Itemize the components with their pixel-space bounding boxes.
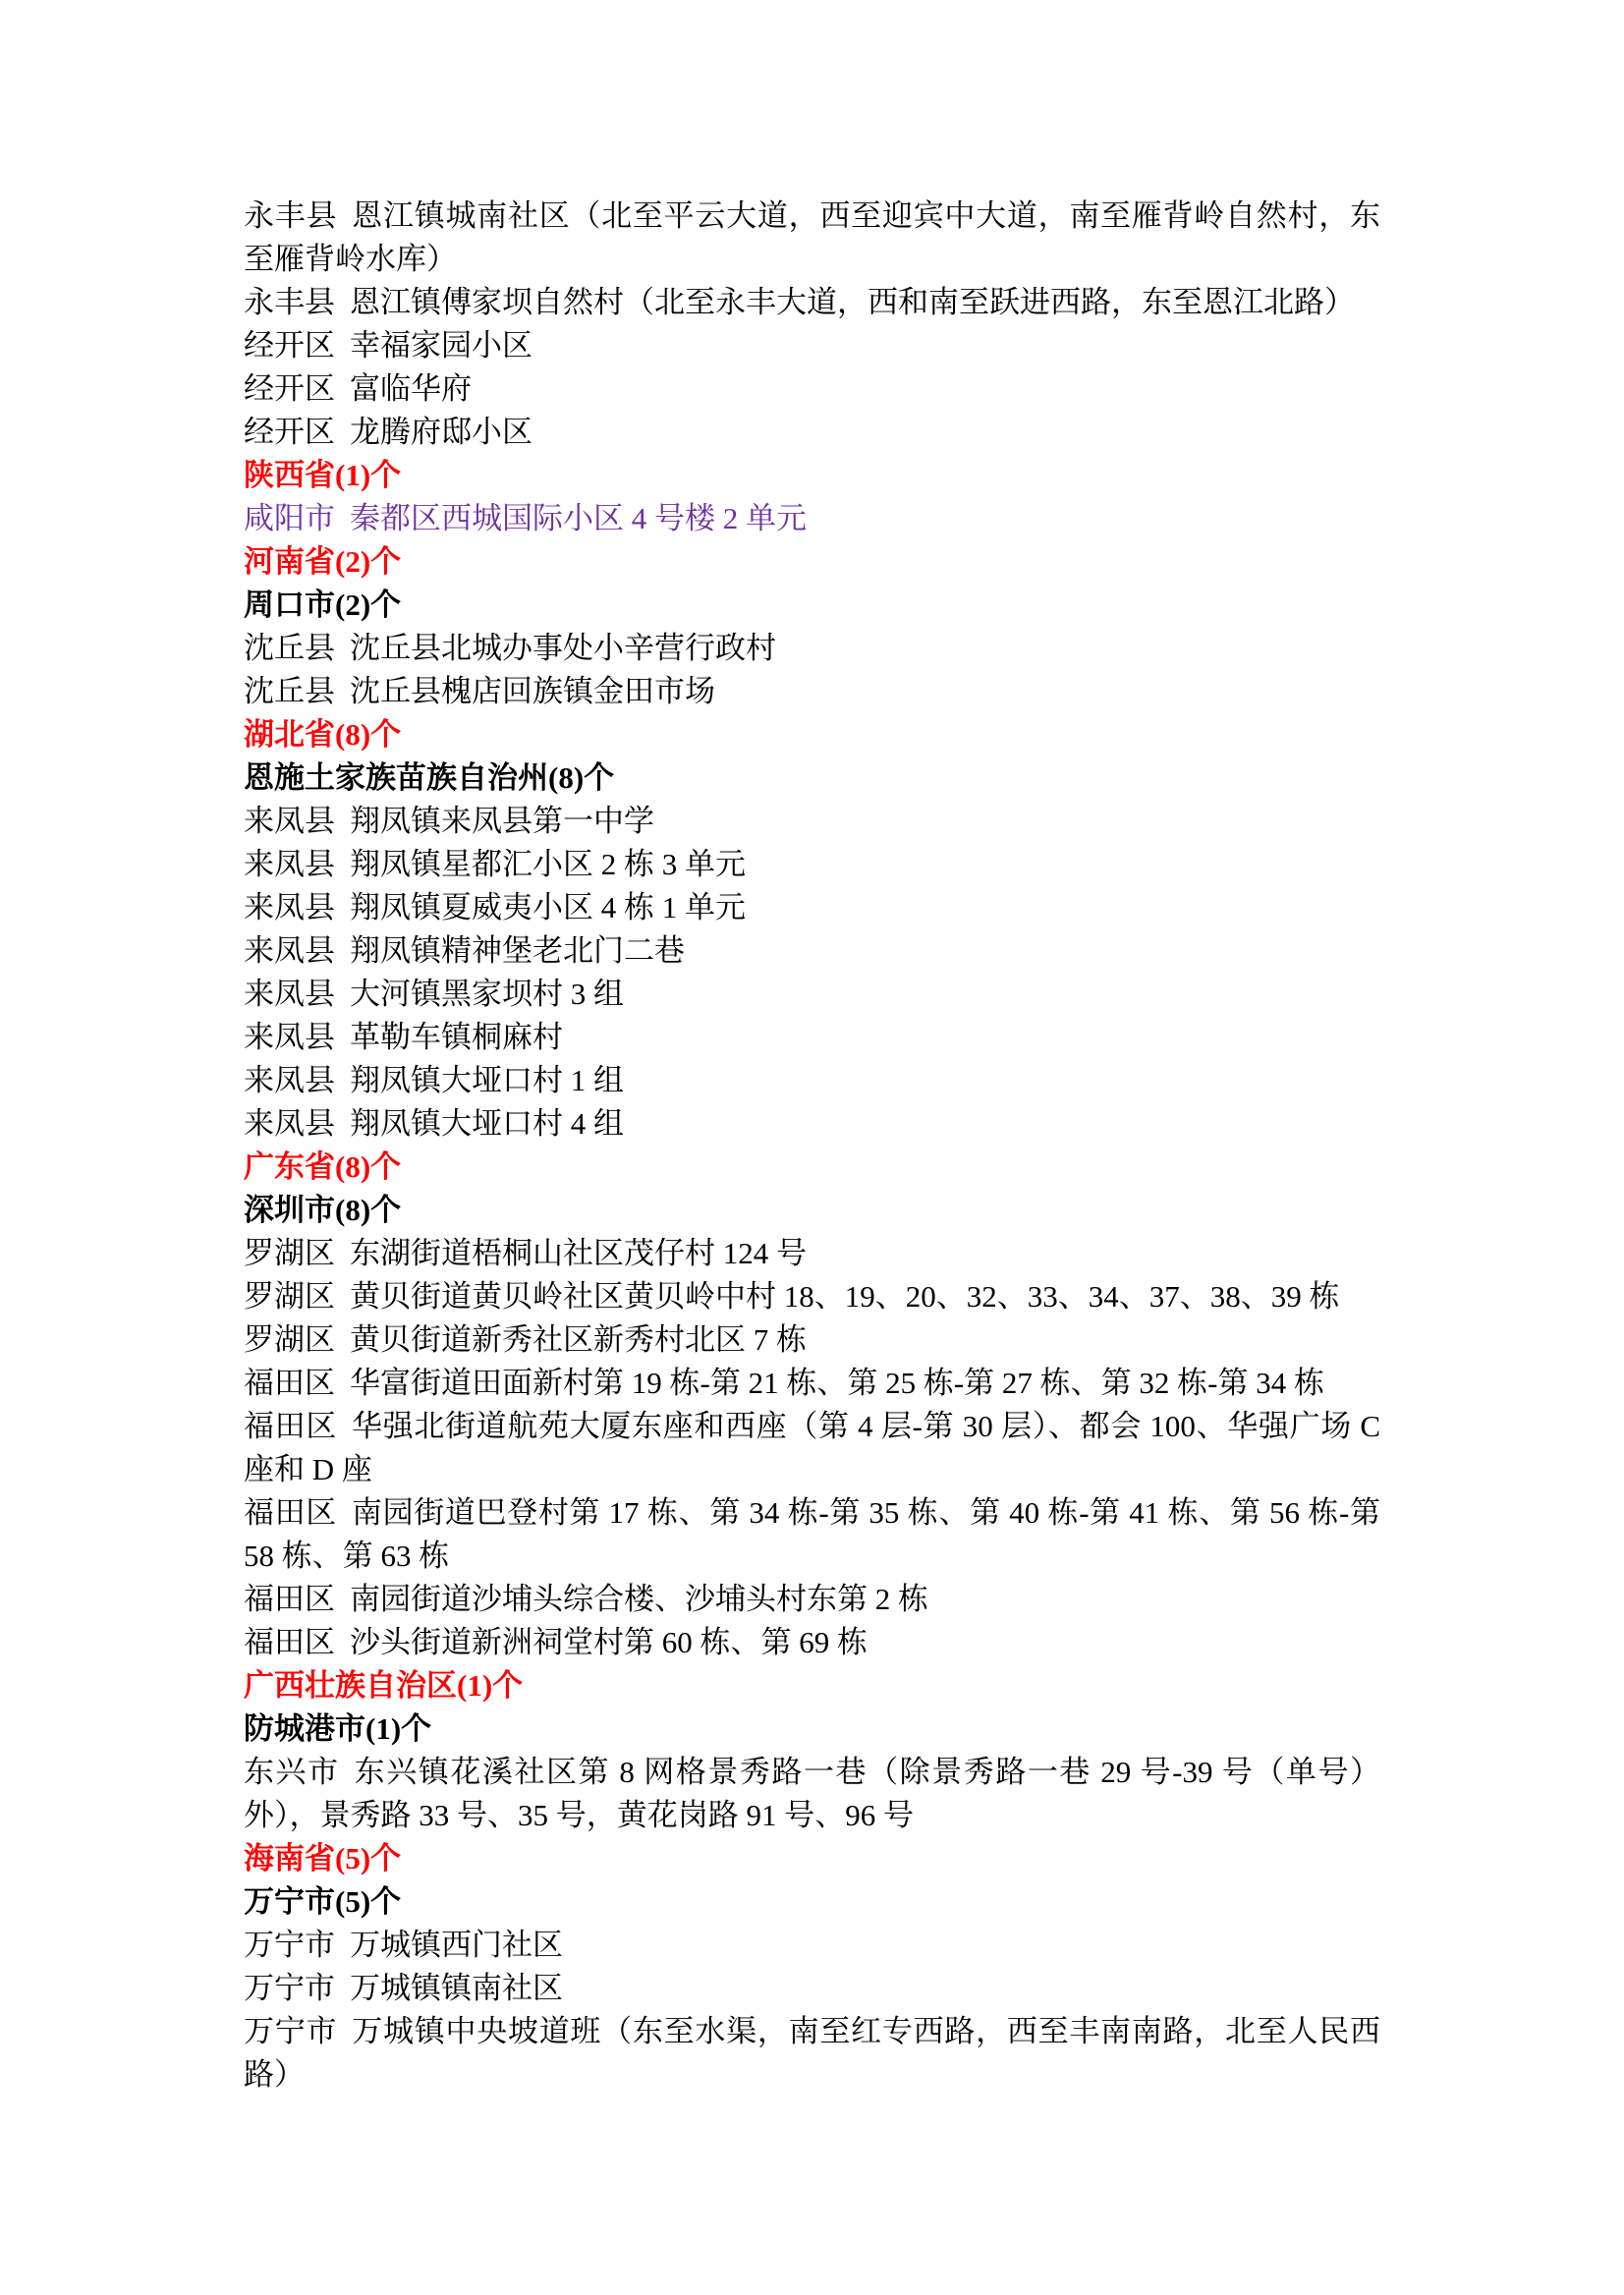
risk-area-row: 福田区南园街道沙埔头综合楼、沙埔头村东第 2 栋 (244, 1578, 1380, 1621)
entry-address: 翔凤镇夏威夷小区 4 栋 1 单元 (350, 890, 746, 924)
city-header: 深圳市(8)个 (244, 1189, 1380, 1232)
province-header: 湖北省(8)个 (244, 713, 1380, 756)
entry-address: 万城镇中央坡道班（东至水渠，南至红专西路，西至丰南南路，北至人民西路） (244, 2014, 1380, 2092)
risk-area-row: 经开区富临华府 (244, 367, 1380, 411)
entry-address: 恩江镇城南社区（北至平云大道，西至迎宾中大道，南至雁背岭自然村，东至雁背岭水库） (244, 198, 1380, 276)
entry-address: 华富街道田面新村第 19 栋-第 21 栋、第 25 栋-第 27 栋、第 32… (350, 1366, 1324, 1400)
risk-area-row: 沈丘县沈丘县槐店回族镇金田市场 (244, 670, 1380, 713)
entry-county: 来凤县 (244, 890, 335, 924)
entry-county: 来凤县 (244, 977, 335, 1011)
entry-address: 沙头街道新洲祠堂村第 60 栋、第 69 栋 (350, 1625, 868, 1659)
city-header: 防城港市(1)个 (244, 1707, 1380, 1751)
entry-address: 万城镇西门社区 (350, 1928, 563, 1962)
entry-county: 罗湖区 (244, 1279, 335, 1314)
entry-address: 东兴镇花溪社区第 8 网格景秀路一巷（除景秀路一巷 29 号-39 号（单号）外… (244, 1755, 1380, 1832)
province-header: 广西壮族自治区(1)个 (244, 1664, 1380, 1707)
risk-area-row: 罗湖区东湖街道梧桐山社区茂仔村 124 号 (244, 1232, 1380, 1275)
entry-county: 经开区 (244, 371, 335, 406)
entry-county: 经开区 (244, 328, 335, 363)
entry-county: 福田区 (244, 1409, 337, 1443)
city-header: 万宁市(5)个 (244, 1880, 1380, 1924)
entry-address: 沈丘县北城办事处小辛营行政村 (350, 631, 776, 665)
entry-address: 南园街道巴登村第 17 栋、第 34 栋-第 35 栋、第 40 栋-第 41 … (244, 1495, 1380, 1573)
entry-address: 翔凤镇精神堡老北门二巷 (350, 933, 685, 968)
entry-address: 翔凤镇星都汇小区 2 栋 3 单元 (350, 847, 746, 881)
entry-address: 幸福家园小区 (350, 328, 532, 363)
risk-area-row: 万宁市万城镇镇南社区 (244, 1967, 1380, 2010)
entry-county: 沈丘县 (244, 631, 335, 665)
document-page: 永丰县恩江镇城南社区（北至平云大道，西至迎宾中大道，南至雁背岭自然村，东至雁背岭… (0, 0, 1624, 2097)
risk-area-row: 来凤县翔凤镇来凤县第一中学 (244, 800, 1380, 843)
entry-address: 南园街道沙埔头综合楼、沙埔头村东第 2 栋 (350, 1582, 928, 1616)
entry-county: 永丰县 (244, 198, 337, 233)
entry-address: 翔凤镇大垭口村 1 组 (350, 1063, 624, 1097)
risk-area-row: 永丰县恩江镇城南社区（北至平云大道，西至迎宾中大道，南至雁背岭自然村，东至雁背岭… (244, 195, 1380, 281)
risk-area-row: 来凤县翔凤镇精神堡老北门二巷 (244, 929, 1380, 973)
entry-county: 经开区 (244, 415, 335, 449)
entry-address: 万城镇镇南社区 (350, 1971, 563, 2005)
risk-area-row: 万宁市万城镇中央坡道班（东至水渠，南至红专西路，西至丰南南路，北至人民西路） (244, 2010, 1380, 2097)
entry-county: 来凤县 (244, 804, 335, 838)
entry-county: 福田区 (244, 1366, 335, 1400)
province-header: 广东省(8)个 (244, 1146, 1380, 1189)
entry-address: 龙腾府邸小区 (350, 415, 532, 449)
risk-area-row: 来凤县翔凤镇大垭口村 4 组 (244, 1102, 1380, 1146)
entry-county: 来凤县 (244, 1020, 335, 1054)
entry-address: 秦都区西城国际小区 4 号楼 2 单元 (350, 501, 807, 535)
risk-area-row: 来凤县革勒车镇桐麻村 (244, 1016, 1380, 1059)
risk-area-row: 罗湖区黄贝街道黄贝岭社区黄贝岭中村 18、19、20、32、33、34、37、3… (244, 1275, 1380, 1318)
risk-area-row: 福田区沙头街道新洲祠堂村第 60 栋、第 69 栋 (244, 1621, 1380, 1664)
risk-area-row: 经开区幸福家园小区 (244, 324, 1380, 367)
entry-address: 大河镇黑家坝村 3 组 (350, 977, 624, 1011)
entry-county: 咸阳市 (244, 501, 335, 535)
risk-area-row: 永丰县恩江镇傅家坝自然村（北至永丰大道，西和南至跃进西路，东至恩江北路） (244, 281, 1380, 324)
entry-county: 东兴市 (244, 1755, 340, 1789)
entry-address: 富临华府 (350, 371, 472, 406)
entry-address: 翔凤镇来凤县第一中学 (350, 804, 654, 838)
province-header: 河南省(2)个 (244, 540, 1380, 584)
entry-address: 黄贝街道黄贝岭社区黄贝岭中村 18、19、20、32、33、34、37、38、3… (350, 1279, 1340, 1314)
risk-area-row: 经开区龙腾府邸小区 (244, 411, 1380, 454)
entry-address: 东湖街道梧桐山社区茂仔村 124 号 (350, 1236, 807, 1270)
entry-address: 翔凤镇大垭口村 4 组 (350, 1106, 624, 1141)
risk-area-row: 福田区华强北街道航苑大厦东座和西座（第 4 层-第 30 层）、都会 100、华… (244, 1405, 1380, 1491)
entry-county: 福田区 (244, 1495, 337, 1530)
risk-area-row: 来凤县翔凤镇大垭口村 1 组 (244, 1059, 1380, 1102)
city-header: 恩施土家族苗族自治州(8)个 (244, 756, 1380, 800)
city-header: 周口市(2)个 (244, 584, 1380, 627)
risk-area-row: 来凤县翔凤镇夏威夷小区 4 栋 1 单元 (244, 886, 1380, 929)
entry-address: 恩江镇傅家坝自然村（北至永丰大道，西和南至跃进西路，东至恩江北路） (350, 285, 1355, 319)
entry-county: 福田区 (244, 1625, 335, 1659)
entry-county: 来凤县 (244, 847, 335, 881)
entry-address: 华强北街道航苑大厦东座和西座（第 4 层-第 30 层）、都会 100、华强广场… (244, 1409, 1380, 1486)
entry-county: 来凤县 (244, 933, 335, 968)
entry-county: 来凤县 (244, 1063, 335, 1097)
entry-county: 罗湖区 (244, 1322, 335, 1357)
risk-area-row: 沈丘县沈丘县北城办事处小辛营行政村 (244, 627, 1380, 670)
entry-county: 沈丘县 (244, 674, 335, 708)
document-body: 永丰县恩江镇城南社区（北至平云大道，西至迎宾中大道，南至雁背岭自然村，东至雁背岭… (244, 195, 1380, 2097)
province-header: 陕西省(1)个 (244, 454, 1380, 497)
risk-area-row: 咸阳市秦都区西城国际小区 4 号楼 2 单元 (244, 497, 1380, 540)
risk-area-row: 万宁市万城镇西门社区 (244, 1924, 1380, 1967)
entry-address: 革勒车镇桐麻村 (350, 1020, 563, 1054)
province-header: 海南省(5)个 (244, 1837, 1380, 1880)
entry-county: 来凤县 (244, 1106, 335, 1141)
entry-county: 永丰县 (244, 285, 335, 319)
entry-county: 万宁市 (244, 1971, 335, 2005)
risk-area-row: 罗湖区黄贝街道新秀社区新秀村北区 7 栋 (244, 1318, 1380, 1362)
entry-county: 罗湖区 (244, 1236, 335, 1270)
risk-area-row: 来凤县大河镇黑家坝村 3 组 (244, 973, 1380, 1016)
entry-county: 万宁市 (244, 2014, 337, 2048)
risk-area-row: 东兴市东兴镇花溪社区第 8 网格景秀路一巷（除景秀路一巷 29 号-39 号（单… (244, 1751, 1380, 1837)
entry-address: 黄贝街道新秀社区新秀村北区 7 栋 (350, 1322, 807, 1357)
risk-area-row: 福田区南园街道巴登村第 17 栋、第 34 栋-第 35 栋、第 40 栋-第 … (244, 1491, 1380, 1578)
risk-area-row: 来凤县翔凤镇星都汇小区 2 栋 3 单元 (244, 843, 1380, 886)
entry-address: 沈丘县槐店回族镇金田市场 (350, 674, 715, 708)
risk-area-row: 福田区华富街道田面新村第 19 栋-第 21 栋、第 25 栋-第 27 栋、第… (244, 1362, 1380, 1405)
entry-county: 福田区 (244, 1582, 335, 1616)
entry-county: 万宁市 (244, 1928, 335, 1962)
